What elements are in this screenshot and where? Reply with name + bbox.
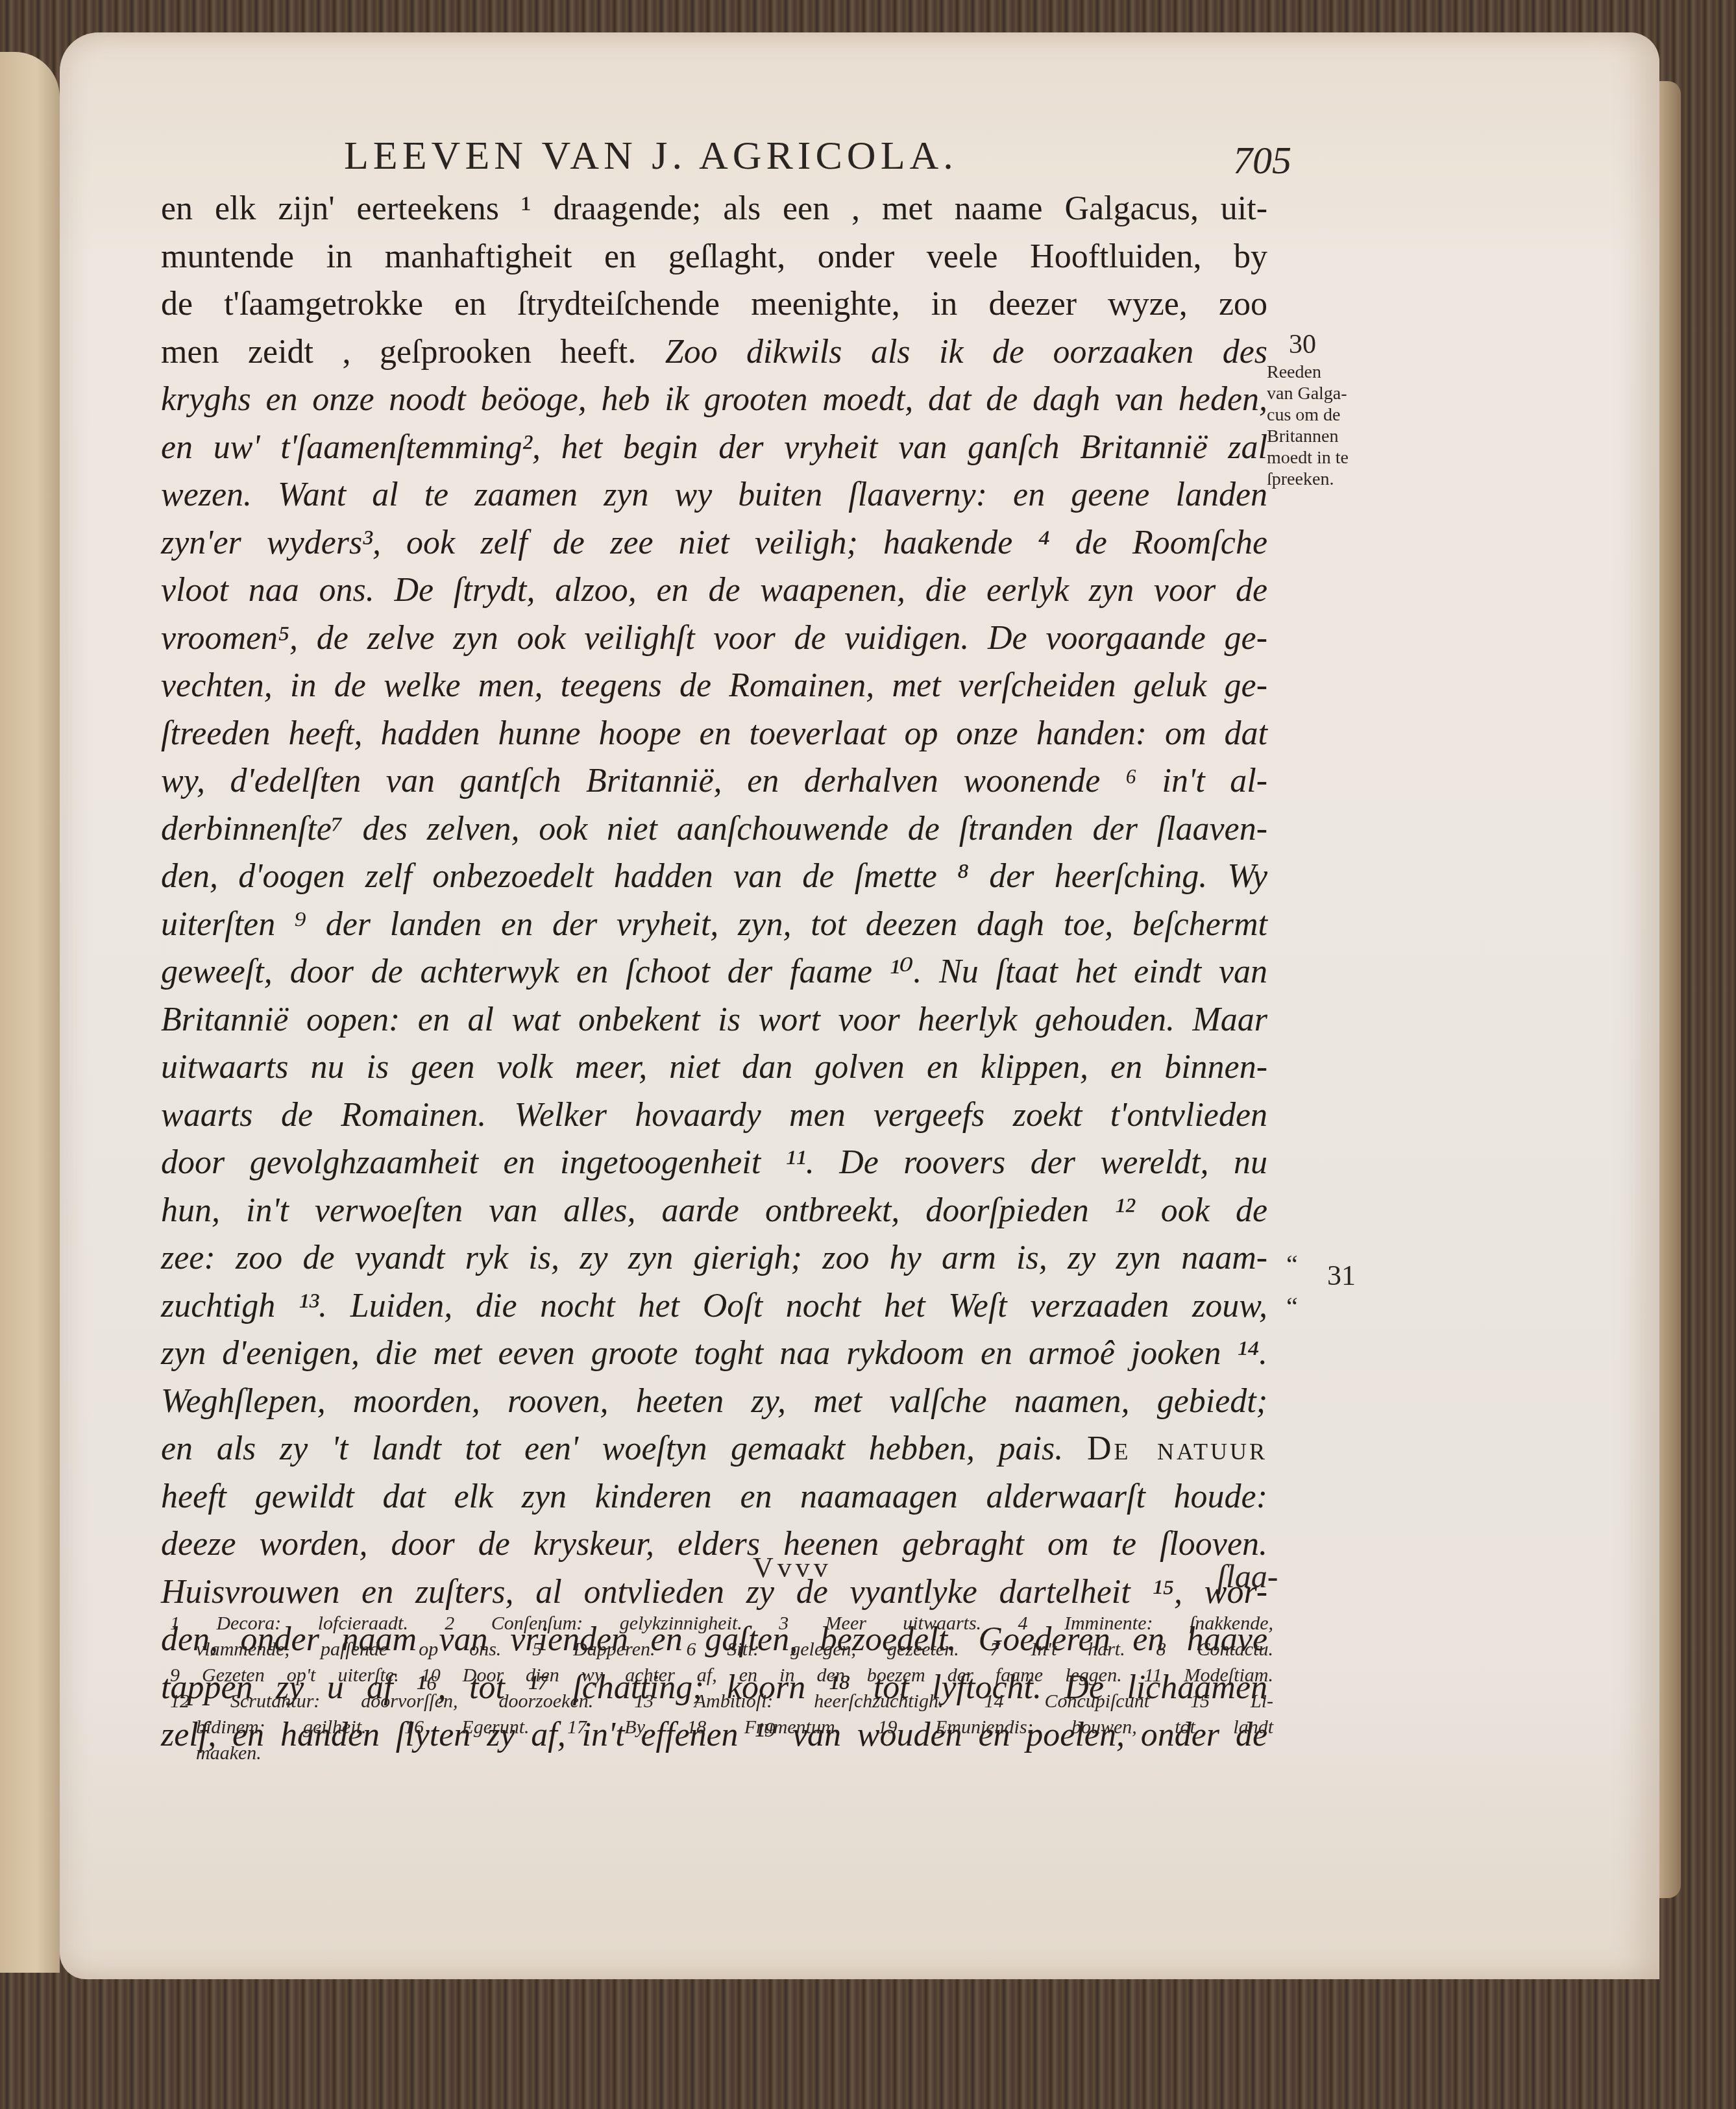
small-caps-text: De natuur bbox=[1087, 1430, 1267, 1467]
footnote-line: vlammende, paſſende op ons. 5 Dapperen. … bbox=[170, 1637, 1273, 1663]
footnote-line: 9 Gezeten op't uiterſte. 10 Door dien wy… bbox=[170, 1663, 1273, 1688]
text-line: en als zy 't landt tot een' woeſtyn gema… bbox=[161, 1425, 1267, 1473]
italic-text: deeze worden, door de kryskeur, elders h… bbox=[161, 1526, 1267, 1563]
text-line: Weghſlepen, moorden, rooven, heeten zy, … bbox=[161, 1378, 1267, 1426]
text-line: Britannië oopen: en al wat onbekent is w… bbox=[161, 996, 1267, 1044]
text-line: en uw' t'ſaamenſtemming², het begin der … bbox=[161, 424, 1267, 472]
quote-mark: “ bbox=[1286, 1291, 1298, 1322]
page-number: 705 bbox=[1233, 138, 1291, 183]
text-line: kryghs en onze noodt beöoge, heb ik groo… bbox=[161, 376, 1267, 424]
text-line: deeze worden, door de kryskeur, elders h… bbox=[161, 1520, 1267, 1568]
quote-mark: “ bbox=[1286, 1249, 1298, 1280]
italic-text: Weghſlepen, moorden, rooven, heeten zy, … bbox=[161, 1383, 1267, 1420]
italic-text: vloot naa ons. De ſtrydt, alzoo, en de w… bbox=[161, 572, 1267, 609]
text-line: waarts de Romainen. Welker hovaardy men … bbox=[161, 1091, 1267, 1140]
italic-text: Zoo dikwils als ik de oorzaaken des bbox=[665, 334, 1267, 371]
italic-text: uiterſten ⁹ der landen en der vryheit, z… bbox=[161, 906, 1267, 943]
text-line: de t'ſaamgetrokke en ſtrydteiſchende mee… bbox=[161, 280, 1267, 328]
body-text: en elk zijn' eerteekens ¹ draagende; als… bbox=[161, 185, 1267, 1759]
roman-text: en elk zijn' eerteekens ¹ draagende; als… bbox=[161, 190, 1267, 227]
italic-text: en als zy 't landt tot een' woeſtyn gema… bbox=[161, 1430, 1087, 1467]
italic-text: uitwaarts nu is geen volk meer, niet dan… bbox=[161, 1049, 1267, 1086]
italic-text: waarts de Romainen. Welker hovaardy men … bbox=[161, 1097, 1267, 1134]
italic-text: zee: zoo de vyandt ryk is, zy zyn gierig… bbox=[161, 1239, 1267, 1276]
section-number-31: 31 bbox=[1327, 1259, 1356, 1292]
text-line: zyn'er wyders³, ook zelf de zee niet vei… bbox=[161, 519, 1267, 567]
roman-text: men zeidt , geſprooken heeft. bbox=[161, 334, 665, 371]
signature-mark: Vvvv bbox=[753, 1551, 832, 1584]
text-line: zyn d'eenigen, die met eeven groote togh… bbox=[161, 1330, 1267, 1378]
catchword: ſlaa- bbox=[1217, 1557, 1278, 1595]
roman-text: de t'ſaamgetrokke en ſtrydteiſchende mee… bbox=[161, 286, 1267, 323]
italic-text: Huisvrouwen en zuſters, al ontvlieden zy… bbox=[161, 1574, 1267, 1611]
footnote-line: maaken. bbox=[170, 1740, 1273, 1766]
footnotes: 1 Decora: lofcieraadt. 2 Conſenſum: gely… bbox=[170, 1611, 1273, 1766]
text-line: door gevolghzaamheit en ingetoogenheit ¹… bbox=[161, 1139, 1267, 1187]
italic-text: heeft gewildt dat elk zyn kinderen en na… bbox=[161, 1478, 1267, 1515]
margin-note-line: moedt in te bbox=[1267, 447, 1388, 469]
italic-text: en uw' t'ſaamenſtemming², het begin der … bbox=[161, 429, 1267, 466]
text-line: heeft gewildt dat elk zyn kinderen en na… bbox=[161, 1473, 1267, 1521]
margin-note-text: Reedenvan Galga-cus om deBritannenmoedt … bbox=[1264, 361, 1388, 490]
text-line: vechten, in de welke men, teegens de Rom… bbox=[161, 662, 1267, 710]
roman-text: muntende in manhaftigheit en geſlaght, o… bbox=[161, 238, 1267, 275]
footnote-line: 1 Decora: lofcieraadt. 2 Conſenſum: gely… bbox=[170, 1611, 1273, 1637]
text-line: uitwaarts nu is geen volk meer, niet dan… bbox=[161, 1043, 1267, 1091]
italic-text: kryghs en onze noodt beöoge, heb ik groo… bbox=[161, 381, 1267, 418]
page-header: LEEVEN VAN J. AGRICOLA. 705 bbox=[344, 133, 1291, 185]
section-number-30: 30 bbox=[1264, 328, 1388, 361]
italic-text: door gevolghzaamheit en ingetoogenheit ¹… bbox=[161, 1144, 1267, 1181]
margin-note-line: Reeden bbox=[1267, 361, 1388, 383]
text-line: geweeſt, door de achterwyk en ſchoot der… bbox=[161, 948, 1267, 996]
text-line: uiterſten ⁹ der landen en der vryheit, z… bbox=[161, 901, 1267, 949]
text-line: hun, in't verwoeſten van alles, aarde on… bbox=[161, 1187, 1267, 1235]
italic-text: vroomen⁵, de zelve zyn ook veilighſt voo… bbox=[161, 620, 1267, 657]
footnote-line: bidinem: geilheit. 16 Egerunt. 17 By. 18… bbox=[170, 1714, 1273, 1740]
italic-text: Britannië oopen: en al wat onbekent is w… bbox=[161, 1001, 1267, 1038]
italic-text: wezen. Want al te zaamen zyn wy buiten ſ… bbox=[161, 476, 1267, 513]
footnote-line: 12 Scrutantur: doorvorſſen, doorzoeken. … bbox=[170, 1688, 1273, 1714]
text-line: wy, d'edelſten van gantſch Britannië, en… bbox=[161, 757, 1267, 805]
text-line: vloot naa ons. De ſtrydt, alzoo, en de w… bbox=[161, 567, 1267, 615]
margin-note-line: ſpreeken. bbox=[1267, 469, 1388, 490]
text-line: en elk zijn' eerteekens ¹ draagende; als… bbox=[161, 185, 1267, 233]
margin-note-line: Britannen bbox=[1267, 426, 1388, 447]
italic-text: den, d'oogen zelf onbezoedelt hadden van… bbox=[161, 858, 1267, 895]
margin-note-line: cus om de bbox=[1267, 404, 1388, 426]
left-page-edge bbox=[0, 52, 60, 1973]
italic-text: zuchtigh ¹³. Luiden, die nocht het Ooſt … bbox=[161, 1287, 1267, 1324]
italic-text: zyn'er wyders³, ook zelf de zee niet vei… bbox=[161, 524, 1267, 561]
italic-text: wy, d'edelſten van gantſch Britannië, en… bbox=[161, 762, 1267, 799]
text-line: wezen. Want al te zaamen zyn wy buiten ſ… bbox=[161, 471, 1267, 519]
running-title: LEEVEN VAN J. AGRICOLA. bbox=[344, 133, 958, 179]
italic-text: derbinnenſte⁷ des zelven, ook niet aanſc… bbox=[161, 811, 1267, 847]
text-line: vroomen⁵, de zelve zyn ook veilighſt voo… bbox=[161, 615, 1267, 663]
text-line: muntende in manhaftigheit en geſlaght, o… bbox=[161, 233, 1267, 281]
text-line: zuchtigh ¹³. Luiden, die nocht het Ooſt … bbox=[161, 1282, 1267, 1330]
italic-text: zyn d'eenigen, die met eeven groote togh… bbox=[161, 1335, 1267, 1372]
text-line: ſtreeden heeft, hadden hunne hoope en to… bbox=[161, 710, 1267, 758]
text-line: Huisvrouwen en zuſters, al ontvlieden zy… bbox=[161, 1568, 1267, 1616]
italic-text: vechten, in de welke men, teegens de Rom… bbox=[161, 667, 1267, 704]
text-line: men zeidt , geſprooken heeft. Zoo dikwil… bbox=[161, 328, 1267, 376]
margin-note-30: 30 Reedenvan Galga-cus om deBritannenmoe… bbox=[1264, 328, 1388, 490]
italic-text: hun, in't verwoeſten van alles, aarde on… bbox=[161, 1192, 1267, 1229]
text-line: den, d'oogen zelf onbezoedelt hadden van… bbox=[161, 853, 1267, 901]
text-line: derbinnenſte⁷ des zelven, ook niet aanſc… bbox=[161, 805, 1267, 853]
italic-text: ſtreeden heeft, hadden hunne hoope en to… bbox=[161, 715, 1267, 752]
text-line: zee: zoo de vyandt ryk is, zy zyn gierig… bbox=[161, 1234, 1267, 1282]
margin-note-line: van Galga- bbox=[1267, 383, 1388, 404]
italic-text: geweeſt, door de achterwyk en ſchoot der… bbox=[161, 953, 1267, 990]
